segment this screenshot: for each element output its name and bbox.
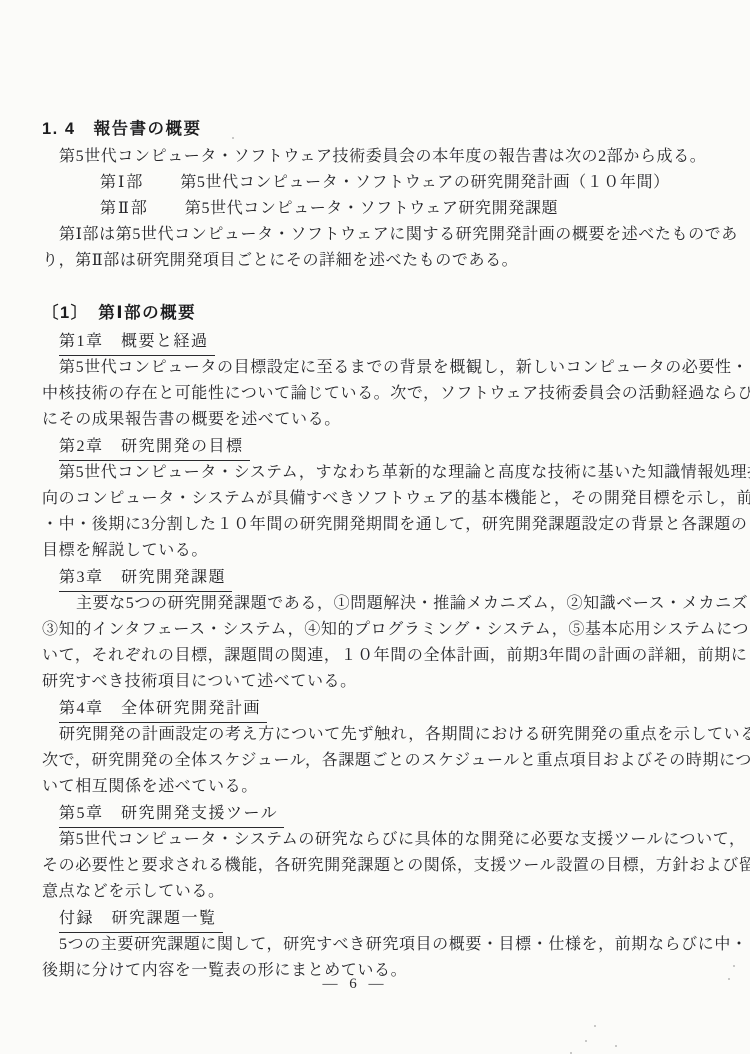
text-line: 意点などを示している。 [42,879,720,905]
text-line: にその成果報告書の概要を述べている。 [42,407,720,433]
text-line: 研究開発の計画設定の考え方について先ず触れ，各期間における研究開発の重点を示して… [42,722,720,748]
part1-title: 第5世代コンピュータ・ソフトウェアの研究開発計画（１０年間） [180,174,669,191]
text-line: 第5世代コンピュータ・システムの研究ならびに具体的な開発に必要な支援ツールについ… [42,827,720,853]
chapter-heading-text: 付録 研究課題一覧 [59,905,223,933]
chapters-container: 第1章 概要と経過第5世代コンピュータの目標設定に至るまでの背景を概観し，新しい… [42,328,720,984]
intro-text-line: 第5世代コンピュータ・ソフトウェア技術委員会の本年度の報告書は次の2部から成る。 [42,144,720,170]
text-line: ・中・後期に3分割した１０年間の研究開発期間を通して，研究開発課題設定の背景と各… [42,512,720,538]
chapter-heading: 第2章 研究開発の目標 [42,433,720,460]
parts-note-line: 第Ⅰ部は第5世代コンピュータ・ソフトウェアに関する研究開発計画の概要を述べたもの… [42,222,720,248]
scan-speck [728,978,730,980]
part2-label: 第Ⅱ部 [100,196,149,222]
text-line: 中核技術の存在と可能性について論じている。次で，ソフトウェア技術委員会の活動経過… [42,381,720,407]
text-line: 向のコンピュータ・システムが具備すべきソフトウェア的基本機能と，その開発目標を示… [42,486,720,512]
chapter-heading: 第3章 研究開発課題 [42,564,720,591]
scanned-document-page: 1. 4 報告書の概要 第5世代コンピュータ・ソフトウェア技術委員会の本年度の報… [0,0,750,1054]
text-line: 目標を解説している。 [42,538,720,564]
text-line: 主要な5つの研究開発課題である，①問題解決・推論メカニズム，②知識ベース・メカニ… [42,591,720,617]
chapter-heading: 第4章 全体研究開発計画 [42,695,720,722]
document-body: 1. 4 報告書の概要 第5世代コンピュータ・ソフトウェア技術委員会の本年度の報… [42,114,720,984]
text-line: 第5世代コンピュータの目標設定に至るまでの背景を概観し，新しいコンピュータの必要… [42,355,720,381]
part1-label: 第Ⅰ部 [100,170,144,196]
scan-speck [733,965,735,967]
chapter-heading-text: 第3章 研究開発課題 [59,564,232,592]
chapter-heading-text: 第2章 研究開発の目標 [59,433,250,461]
text-line: 研究すべき技術項目について述べている。 [42,669,720,695]
scan-speck [232,137,234,139]
text-line: いて相互関係を述べている。 [42,774,720,800]
text-line: 5つの主要研究課題に関して，研究すべき研究項目の概要・目標・仕様を，前期ならびに… [42,932,720,958]
text-line: いて，それぞれの目標，課題間の関連，１０年間の全体計画，前期3年間の計画の詳細，… [42,643,720,669]
page-number: — 6 — [0,976,710,993]
part1-overview-title: 〔1〕 第Ⅰ部の概要 [42,298,720,328]
chapter-heading-text: 第1章 概要と経過 [59,328,215,356]
chapter-heading: 第5章 研究開発支援ツール [42,800,720,827]
text-line: その必要性と要求される機能，各研究開発課題との関係，支援ツール設置の目標，方針お… [42,853,720,879]
chapter-heading: 第1章 概要と経過 [42,328,720,355]
chapter-heading-text: 第4章 全体研究開発計画 [59,695,267,723]
parts-note-line: り，第Ⅱ部は研究開発項目ごとにその詳細を述べたものである。 [42,248,720,274]
text-line: 第5世代コンピュータ・システム，すなわち革新的な理論と高度な技術に基いた知識情報… [42,460,720,486]
chapter-heading: 付録 研究課題一覧 [42,905,720,932]
report-part-row: 第Ⅰ部第5世代コンピュータ・ソフトウェアの研究開発計画（１０年間） [42,170,720,196]
report-part-row: 第Ⅱ部第5世代コンピュータ・ソフトウェア研究開発課題 [42,196,720,222]
scan-speck [690,390,692,392]
text-line: 次で，研究開発の全体スケジュール，各課題ごとのスケジュールと重点項目およびその時… [42,748,720,774]
scan-speck [594,1025,596,1027]
text-line: ③知的インタフェース・システム，④知的プログラミング・システム，⑤基本応用システ… [42,617,720,643]
scan-speck [585,1040,587,1042]
scan-speck [615,1045,617,1047]
chapter-heading-text: 第5章 研究開発支援ツール [59,800,284,828]
part2-title: 第5世代コンピュータ・ソフトウェア研究開発課題 [185,200,558,217]
section-title: 1. 4 報告書の概要 [42,114,720,144]
